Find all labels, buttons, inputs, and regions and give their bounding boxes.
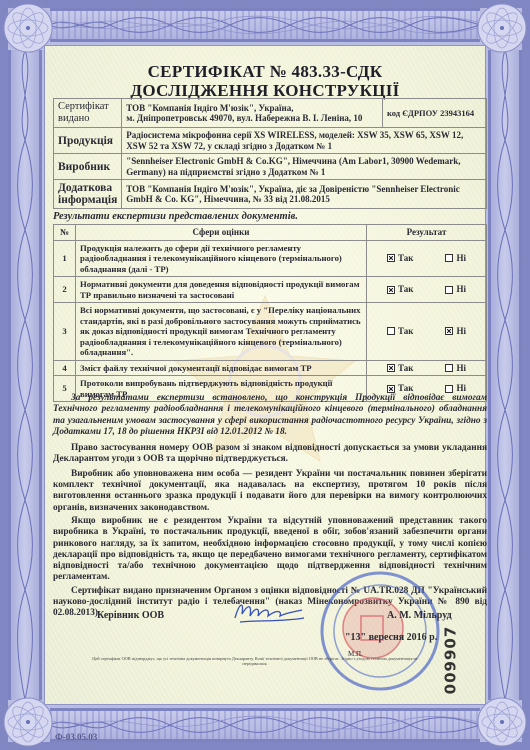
title-line-1: СЕРТИФІКАТ № 483.33-СДК	[45, 62, 485, 81]
option-yes[interactable]: Так	[387, 284, 413, 295]
option-yes[interactable]: Так	[387, 326, 413, 337]
results-table: № Сфери оцінки Результат 1Продукція нале…	[53, 224, 487, 402]
empty-box-icon[interactable]	[445, 364, 453, 372]
product-value: Радіосистема мікрофонна серії XS WIRELES…	[122, 128, 487, 154]
signer-role: Керівник ООВ	[97, 610, 164, 621]
info-row-manufacturer: Виробник "Sennheiser Electronic GmbH & C…	[54, 154, 487, 180]
header-result: Результат	[367, 225, 487, 241]
row-result: ТакНі	[367, 240, 487, 277]
row-scope-text: Зміст файлу технічної документації відпо…	[76, 360, 367, 376]
serial-number: 009907	[442, 626, 460, 695]
footnote: Цей сертифікат ООВ підтверджує, що усі т…	[85, 656, 425, 666]
guilloche-top-band	[50, 8, 480, 42]
option-yes[interactable]: Так	[387, 253, 413, 264]
form-code: Ф-03.05.03	[55, 732, 97, 742]
option-no[interactable]: Ні	[445, 363, 466, 374]
row-scope-text: Продукція належить до сфери дії технічно…	[76, 240, 367, 277]
header-scope: Сфери оцінки	[76, 225, 367, 241]
empty-box-icon[interactable]	[445, 254, 453, 262]
results-row: 2Нормативні документи для доведення відп…	[54, 277, 487, 303]
edrpou-code: код ЄДРПОУ 23943164	[383, 99, 487, 128]
option-yes[interactable]: Так	[387, 363, 413, 374]
additional-label: Додаткова інформація	[54, 180, 122, 209]
row-number: 2	[54, 277, 76, 303]
row-result: ТакНі	[367, 360, 487, 376]
row-number: 4	[54, 360, 76, 376]
results-header-row: № Сфери оцінки Результат	[54, 225, 487, 241]
conclusion-paragraph: За результатами експертизи встановлено, …	[53, 393, 487, 438]
empty-box-icon[interactable]	[387, 327, 395, 335]
checked-box-icon[interactable]	[387, 286, 395, 294]
guilloche-right-band	[488, 50, 522, 700]
certificate-paper: СЕРТИФІКАТ № 483.33-СДК ДОСЛІДЖЕННЯ КОНС…	[44, 45, 486, 705]
results-row: 1Продукція належить до сфери дії технічн…	[54, 240, 487, 277]
option-no[interactable]: Ні	[445, 326, 466, 337]
manufacturer-value: "Sennheiser Electronic GmbH & Co.KG", Ні…	[122, 154, 487, 180]
guilloche-left-band	[8, 50, 42, 700]
info-row-issued: Сертифікат видано ТОВ "Компанія Індіго М…	[54, 99, 487, 128]
manufacturer-label: Виробник	[54, 154, 122, 180]
additional-value: ТОВ "Компанія Індіго М'юзік", Україна, д…	[122, 180, 487, 209]
signature-icon	[230, 596, 310, 626]
empty-box-icon[interactable]	[445, 286, 453, 294]
option-no[interactable]: Ні	[445, 284, 466, 295]
signer-name: А. М. Мільруд	[387, 610, 452, 621]
signature-date: "13" вересня 2016 р.	[345, 632, 437, 643]
checked-box-icon[interactable]	[387, 254, 395, 262]
row-scope-text: Нормативні документи для доведення відпо…	[76, 277, 367, 303]
row-result: ТакНі	[367, 277, 487, 303]
manufacturer-duty-paragraph: Виробник або уповноважена ним особа — ре…	[53, 469, 487, 514]
empty-box-icon[interactable]	[445, 385, 453, 393]
option-no[interactable]: Ні	[445, 253, 466, 264]
results-caption: Результати експертизи представлених доку…	[53, 211, 298, 222]
right-of-use-paragraph: Право застосування номеру ООВ разом зі з…	[53, 443, 487, 466]
checked-box-icon[interactable]	[445, 327, 453, 335]
info-row-additional: Додаткова інформація ТОВ "Компанія Індіг…	[54, 180, 487, 209]
row-number: 3	[54, 303, 76, 361]
guilloche-bottom-band	[50, 708, 480, 742]
checked-box-icon[interactable]	[387, 364, 395, 372]
certificate-info-table: Сертифікат видано ТОВ "Компанія Індіго М…	[53, 98, 487, 209]
issued-value: ТОВ "Компанія Індіго М'юзік", Україна, м…	[122, 99, 383, 128]
issued-label: Сертифікат видано	[54, 99, 122, 128]
info-row-product: Продукція Радіосистема мікрофонна серії …	[54, 128, 487, 154]
header-num: №	[54, 225, 76, 241]
row-result: ТакНі	[367, 303, 487, 361]
row-number: 1	[54, 240, 76, 277]
row-scope-text: Всі нормативні документи, що застосовані…	[76, 303, 367, 361]
results-row: 3Всі нормативні документи, що застосован…	[54, 303, 487, 361]
official-stamp-icon	[315, 566, 445, 696]
results-row: 4Зміст файлу технічної документації відп…	[54, 360, 487, 376]
checked-box-icon[interactable]	[387, 385, 395, 393]
certificate-title: СЕРТИФІКАТ № 483.33-СДК ДОСЛІДЖЕННЯ КОНС…	[45, 62, 485, 100]
product-label: Продукція	[54, 128, 122, 154]
